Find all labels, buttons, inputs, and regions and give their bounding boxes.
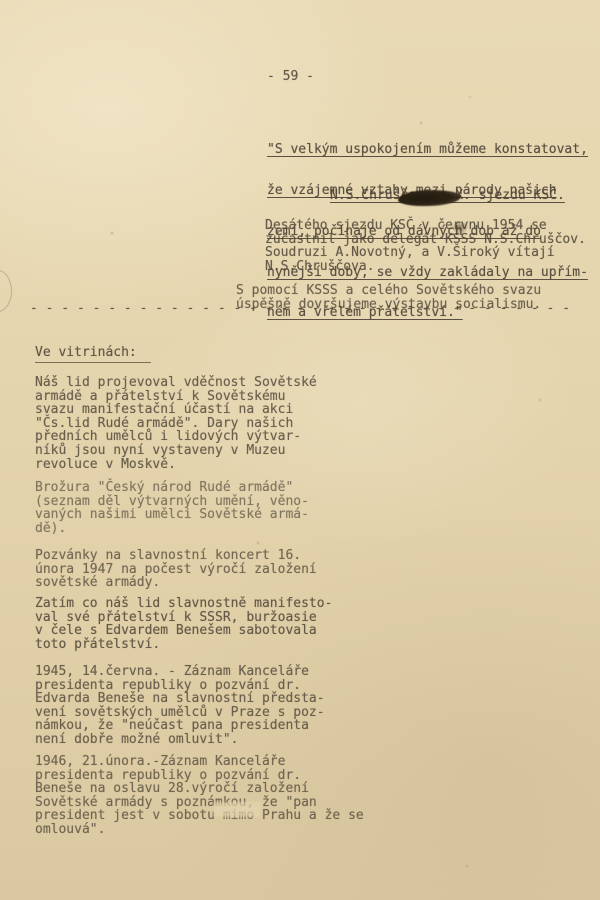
overtype-smudge [452, 221, 468, 234]
pencil-mark [0, 270, 12, 312]
quote-line: "S velkým uspokojením můžeme konstatovat… [267, 143, 588, 157]
paragraph-nas-lid: Náš lid projevoval vděčnost Sovětské arm… [35, 376, 317, 471]
page-number: - 59 - [267, 70, 314, 84]
paragraph-1946: 1946, 21.února.-Záznam Kanceláře preside… [35, 755, 364, 837]
paragraph-brozura: Brožura "Český národ Rudé armádě" (sezna… [35, 481, 309, 535]
document-page: - 59 - "S velkým uspokojením můžeme kons… [0, 0, 600, 900]
section-heading: Ve vitrinách: [35, 346, 151, 363]
paragraph-zatim: Zatím co náš lid slavnostně manifesto- v… [35, 597, 332, 651]
faded-ink-patch [213, 802, 261, 817]
dashed-separator: - - - - - - - - - - - - - - - - - - - - … [30, 302, 570, 316]
paragraph-congress: Desátého sjezdu KSČ v červnu 1954 se zúč… [265, 219, 586, 273]
paragraph-pozvanky: Pozvánky na slavnostní koncert 16. února… [35, 549, 317, 590]
paragraph-1945: 1945, 14.června. - Záznam Kanceláře pres… [35, 665, 325, 747]
